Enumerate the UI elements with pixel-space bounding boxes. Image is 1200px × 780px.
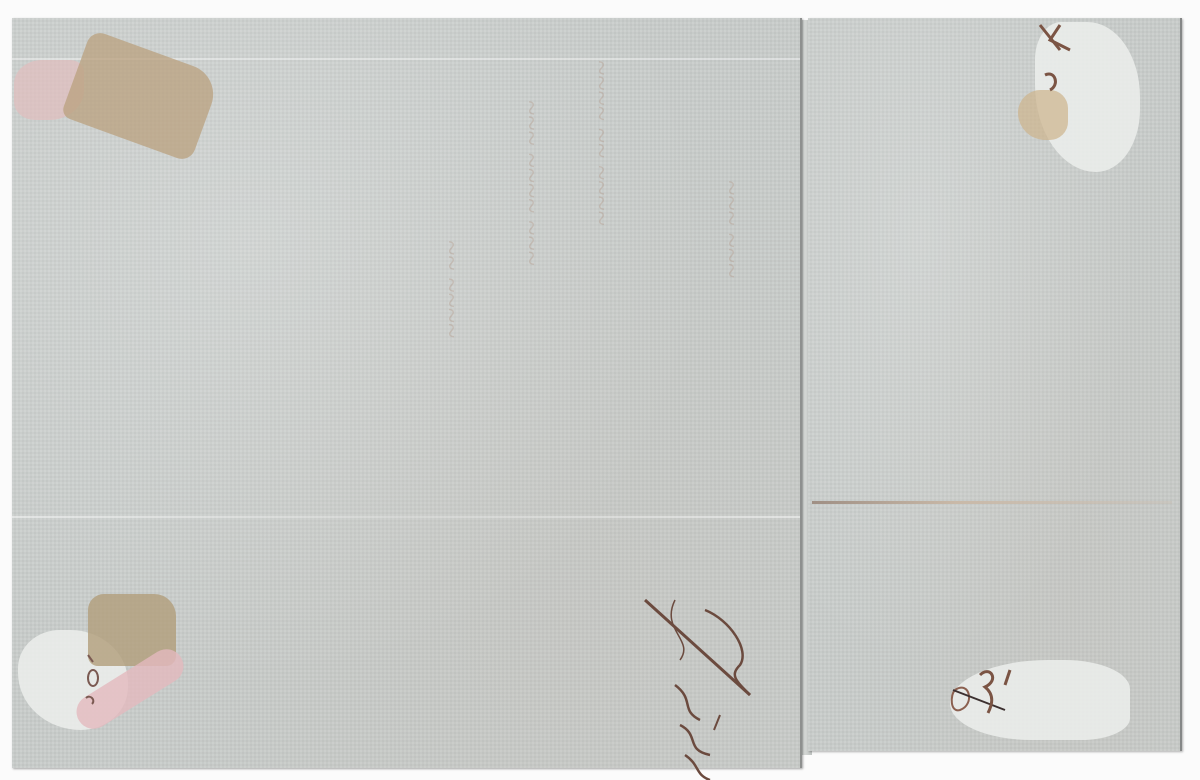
handwriting-fragment-bottom-left xyxy=(78,650,108,710)
bleed-through-text: ~~~ ~~~ xyxy=(700,180,760,560)
bleed-through-text: ~~~ ~~~~ ~~~ xyxy=(500,100,560,520)
wax-stain-top-right xyxy=(1018,90,1068,140)
handwriting-fragment-bottom-right xyxy=(950,665,1030,725)
bleed-through-text: ~~~~ ~~ ~~~~ xyxy=(570,60,630,520)
handwritten-signature xyxy=(640,590,760,780)
bleed-through-text: ~~ ~~~~ xyxy=(420,240,480,540)
horizontal-fold-left xyxy=(12,516,800,518)
horizontal-crease-right xyxy=(812,501,1172,504)
handwriting-fragment-top-right xyxy=(1030,20,1070,90)
